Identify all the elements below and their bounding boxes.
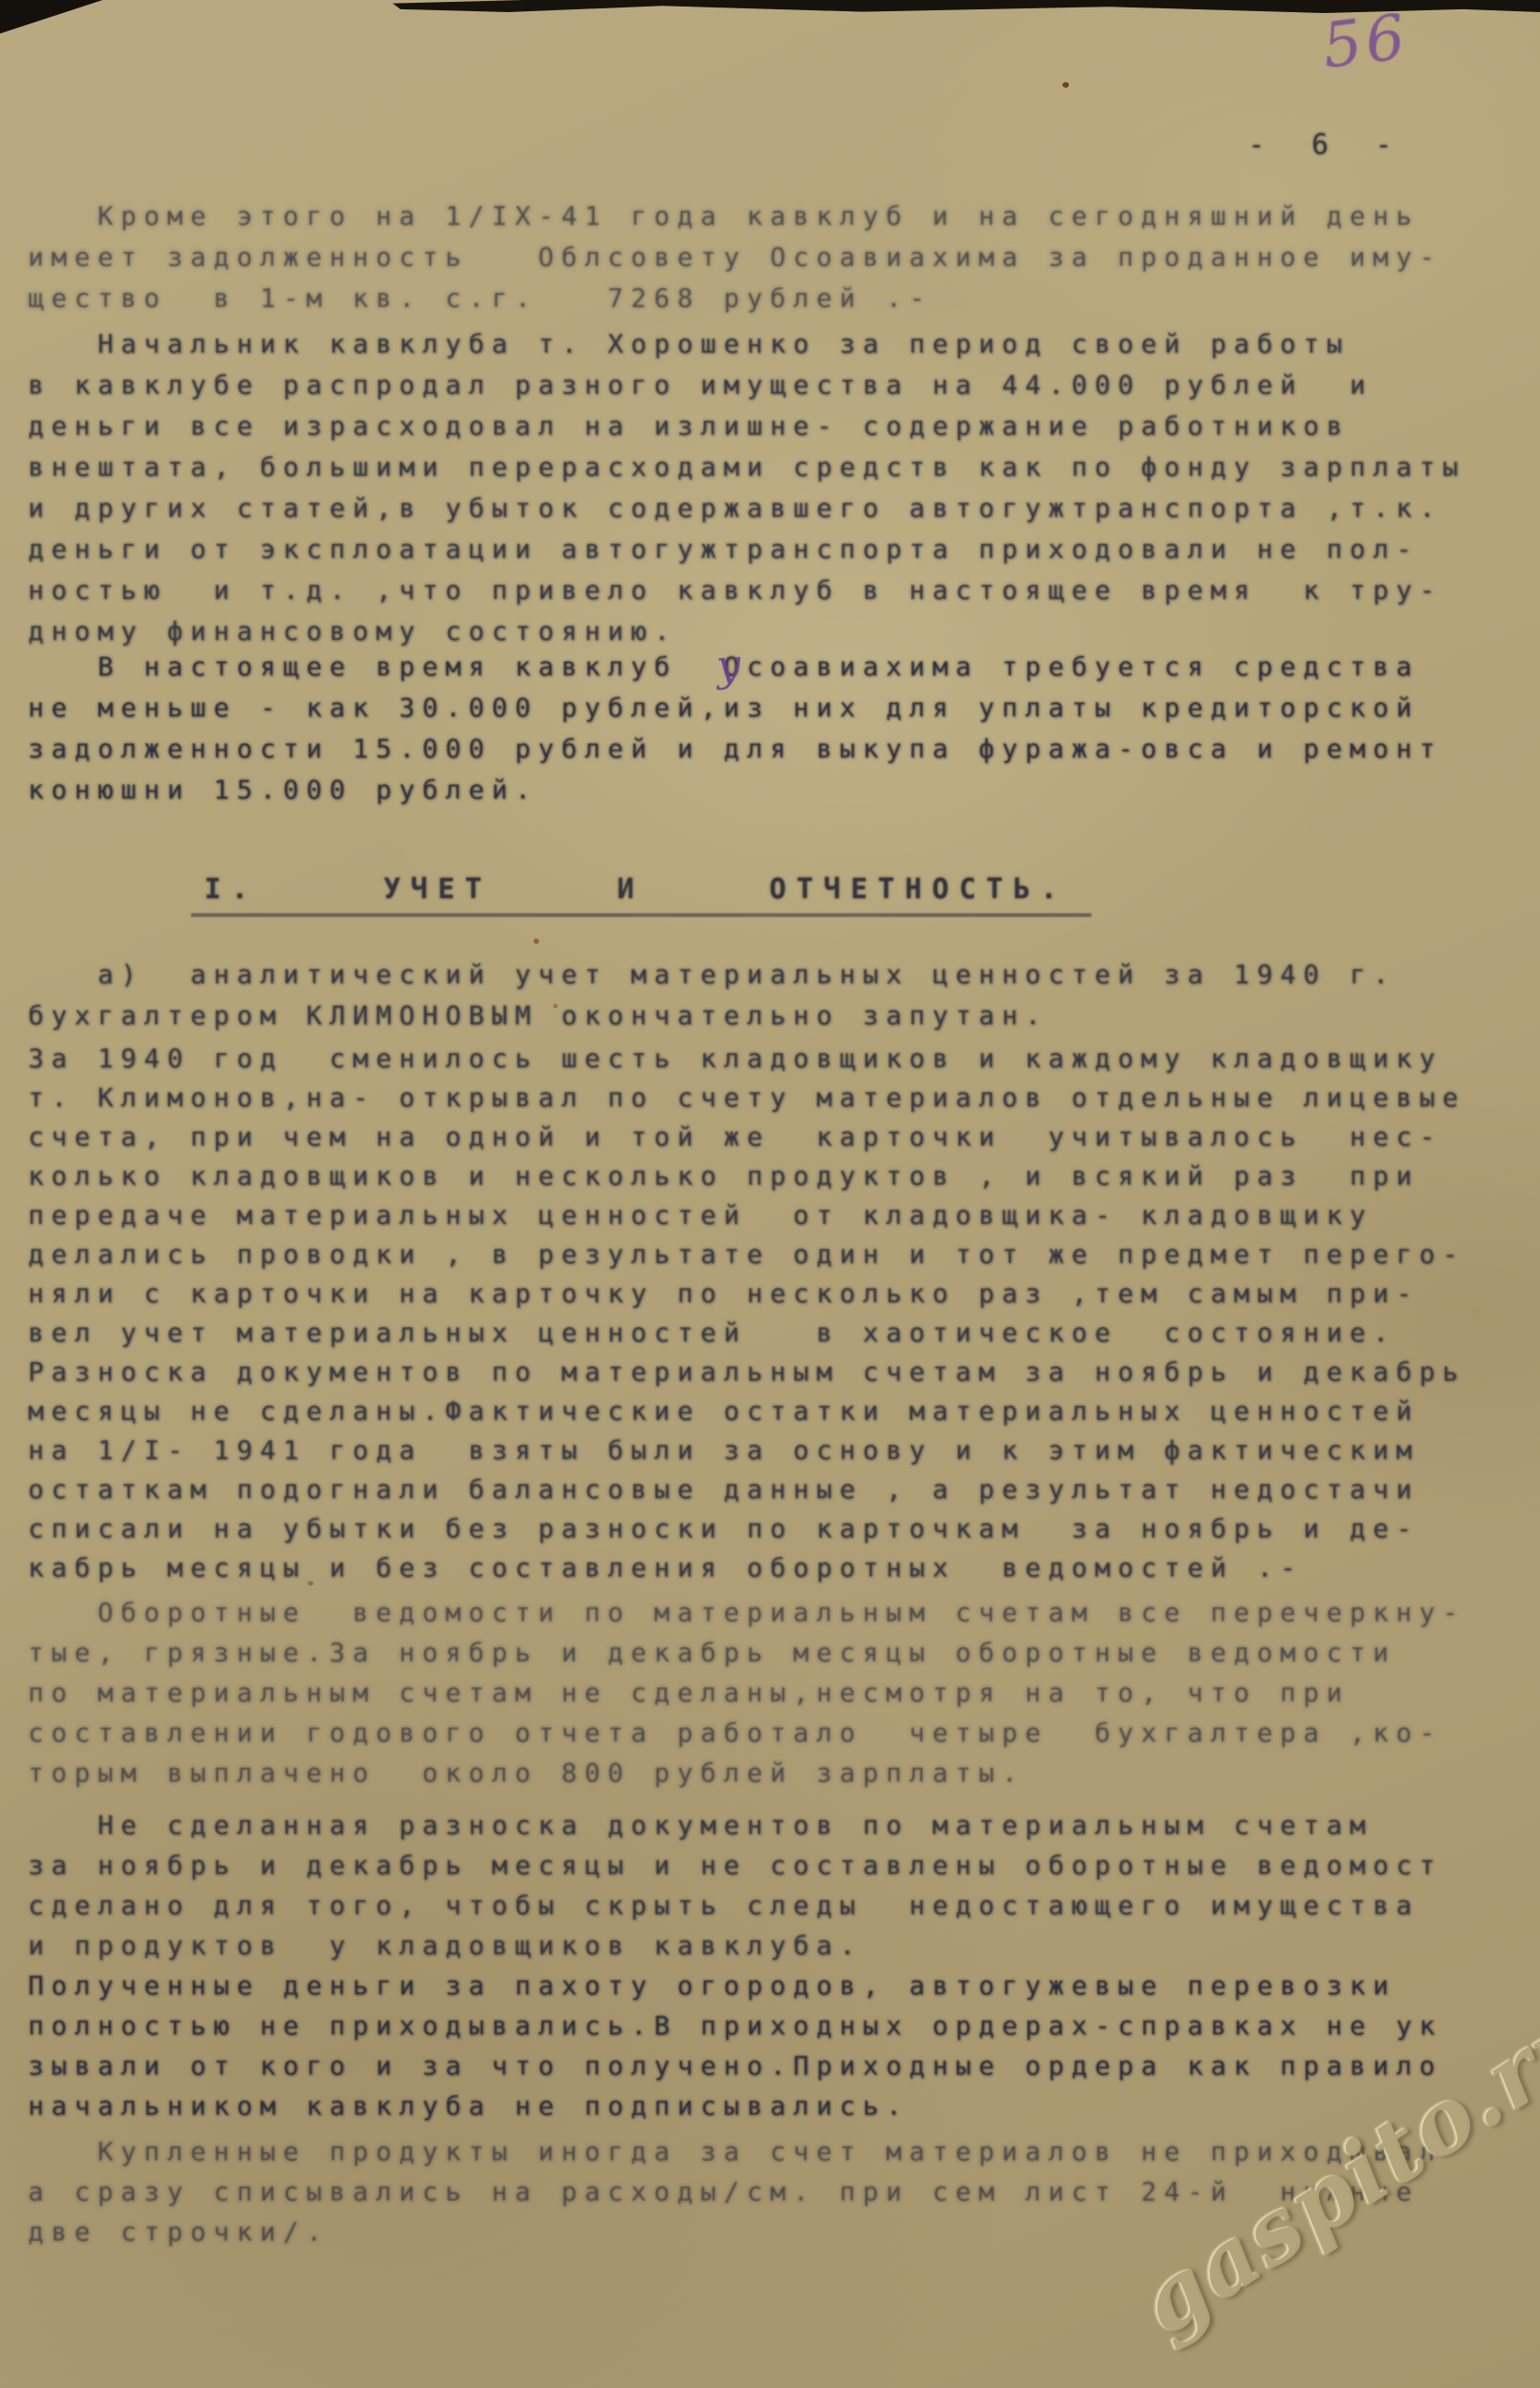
paragraph-chief-khoroshenko: Начальник кавклуба т. Хорошенко за перио… [28, 328, 1520, 657]
text-line: колько кладовщиков и несколько продуктов… [28, 1160, 1520, 1200]
text-line: начальником кавклуба не подписывались. [28, 2090, 1520, 2131]
paragraph-funds-needed: В настоящее время кавклуб Осоавиахима тр… [28, 651, 1520, 815]
text-line: вел учет материальных ценностей в хаотич… [28, 1317, 1520, 1356]
paragraph-debt-overview: Кроме этого на 1/IХ-41 года кавклуб и на… [28, 201, 1520, 324]
text-line: и продуктов у кладовщиков кавклуба. [28, 1930, 1520, 1970]
text-line: не меньше - как 30.000 рублей,из них для… [28, 692, 1520, 733]
text-line: торым выплачено около 800 рублей зарплат… [28, 1757, 1520, 1798]
text-line: Разноска документов по материальным счет… [28, 1356, 1520, 1395]
text-line: Оборотные ведомости по материальным счет… [28, 1597, 1520, 1637]
text-line: деньги все израсходовал на излишне- соде… [28, 410, 1520, 451]
handwritten-insertion-mark: у [715, 639, 742, 691]
paragraph-hidden-shortages: Не сделанная разноска документов по мате… [28, 1810, 1520, 1970]
text-line: списали на убытки без разноски по карточ… [28, 1513, 1520, 1552]
text-line: задолженности 15.000 рублей и для выкупа… [28, 733, 1520, 774]
paper-speck [1062, 82, 1069, 88]
paragraph-storekeepers-cards: За 1940 год сменилось шесть кладовщиков … [28, 1043, 1520, 1591]
text-line: за ноябрь и декабрь месяцы и не составле… [28, 1850, 1520, 1890]
text-line: Полученные деньги за пахоту огородов, ав… [28, 1970, 1520, 2010]
text-line: в кавклубе распродал разного имущества н… [28, 369, 1520, 410]
text-line: остаткам подогнали балансовые данные , а… [28, 1474, 1520, 1513]
text-line: внештата, большими перерасходами средств… [28, 451, 1520, 493]
paper-speck [534, 938, 539, 944]
scan-top-edge-shadow [0, 0, 1540, 17]
text-line: передаче материальных ценностей от кладо… [28, 1200, 1520, 1239]
typed-page-number: - 6 - [1248, 129, 1407, 161]
text-line: полностью не приходывались.В приходных о… [28, 2010, 1520, 2050]
text-line: Не сделанная разноска документов по мате… [28, 1810, 1520, 1850]
paragraph-analytic-accounting: а) аналитический учет материальных ценно… [28, 959, 1520, 1041]
text-line: имеет задолженность Облсовету Осоавиахим… [28, 242, 1520, 283]
text-line: делались проводки , в результате один и … [28, 1239, 1520, 1278]
section-heading-accounting: I. УЧЕТ И ОТЧЕТНОСТЬ. [191, 873, 1091, 917]
text-line: няли с карточки на карточку по несколько… [28, 1278, 1520, 1317]
text-line: составлении годового отчета работало чет… [28, 1717, 1520, 1757]
text-line: бухгалтером КЛИМОНОВЫМ окончательно запу… [28, 1000, 1520, 1041]
text-line: и других статей,в убыток содержавшего ав… [28, 493, 1520, 534]
scanned-document-page: 56 - 6 - Кроме этого на 1/IХ-41 года кав… [0, 0, 1540, 2388]
paragraph-unrecorded-income: Полученные деньги за пахоту огородов, ав… [28, 1970, 1520, 2131]
text-line: сделано для того, чтобы скрыть следы нед… [28, 1890, 1520, 1930]
text-line: щество в 1-м кв. с.г. 7268 рублей .- [28, 283, 1520, 324]
text-line: За 1940 год сменилось шесть кладовщиков … [28, 1043, 1520, 1082]
text-line: кабрь месяцы и без составления оборотных… [28, 1552, 1520, 1591]
text-line: тые, грязные.За ноябрь и декабрь месяцы … [28, 1637, 1520, 1677]
text-line: деньги от эксплоатации автогужтранспорта… [28, 534, 1520, 575]
text-line: на 1/I- 1941 года взяты были за основу и… [28, 1435, 1520, 1474]
text-line: ностью и т.д. ,что привело кавклуб в нас… [28, 575, 1520, 616]
text-line: Кроме этого на 1/IХ-41 года кавклуб и на… [28, 201, 1520, 242]
text-line: конюшни 15.000 рублей. [28, 774, 1520, 815]
text-line: зывали от кого и за что получено.Приходн… [28, 2050, 1520, 2090]
paragraph-turnover-sheets: Оборотные ведомости по материальным счет… [28, 1597, 1520, 1798]
scan-corner-shadow [0, 0, 103, 34]
text-line: т. Климонов,на- открывал по счету матери… [28, 1082, 1520, 1121]
text-line: счета, при чем на одной и той же карточк… [28, 1121, 1520, 1160]
text-line: а) аналитический учет материальных ценно… [28, 959, 1520, 1000]
text-line: Начальник кавклуба т. Хорошенко за перио… [28, 328, 1520, 369]
text-line: месяцы не сделаны.Фактические остатки ма… [28, 1395, 1520, 1435]
archive-page-number-handwritten: 56 [1319, 1, 1413, 83]
text-line: В настоящее время кавклуб Осоавиахима тр… [28, 651, 1520, 692]
text-line: по материальным счетам не сделаны,несмот… [28, 1677, 1520, 1717]
